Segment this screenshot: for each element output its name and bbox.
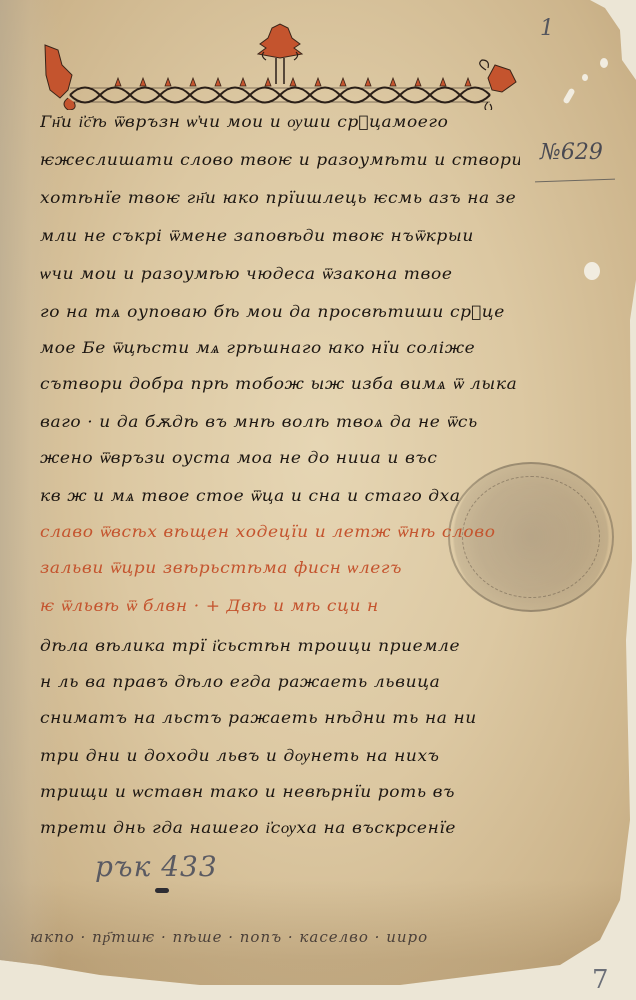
text-line: Гн҃и і҆с҃ѣ ѿвръзн ѡ҆чи мои и ѹши срⷣцамо… [40,113,520,132]
text-line: н ль ва правъ дѣло егда ражаеть львица [40,673,520,692]
folio-number: 1 [540,16,554,41]
text-line: мое Бе ѿцѣсти мѧ грѣшнаго ꙗко нїи соліже [40,339,520,358]
parchment-hole [582,74,588,81]
rubric-line: ѥ ѿльвѣ ѿ блвн · + Двѣ и мѣ сци н [40,597,520,616]
text-line: жено ѿвръзи оуста моа не до нииа и въс [40,449,520,468]
parchment-hole [584,262,600,280]
parchment-hole [600,58,608,68]
bottom-marginal-note: ꙗкпо · пр҃тшѥ · пѣше · попъ · каселво · … [30,928,428,947]
shelfmark-number: №629 [540,140,603,165]
text-line: го на тѧ оуповаю бѣ мои да просвѣтиши ср… [40,303,520,322]
rubric-line: славо ѿвсѣх вѣщен ходецїи и летж ѿнѣ сло… [40,523,520,542]
text-line: дѣла вѣлика трї і҆сьстѣн троици приемле [40,637,520,656]
left-terminal-flower-icon [45,45,75,110]
text-line: ѡчи мои и разоумѣю чюдеса ѿзакона твое [40,265,520,284]
text-line: сниматъ на льстъ ражаеть нѣдни ть на ни [40,709,520,728]
text-line: трищи и ѡставн тако и невѣрнїи роть въ [40,783,520,802]
corner-pencil-mark: 7 [592,965,609,995]
braid-band-icon [70,88,490,103]
text-line: кв ж и мѧ твое стое ѿца и сна и стаго дх… [40,487,520,506]
rubric-line: зальви ѿцри звѣрьстѣма фисн ѡлегъ [40,559,520,578]
text-line: трети днь гда нашего і҆сѹха на въскрсенї… [40,819,520,838]
central-flower-icon [258,24,302,84]
ornamental-headpiece [40,20,520,110]
text-line: ваго · и да бѫдѣ въ мнѣ волѣ твоѧ да не … [40,413,520,432]
red-thorn-icon [115,78,471,86]
pencil-accession-note: рък 433 [95,850,218,883]
text-line: сътвори добра прѣ тобож ыж изба вимѧ ѿ л… [40,375,520,394]
text-line: ѥжеслишати слово твоѥ и разоумѣти и ство… [40,151,520,170]
pencil-mark [155,888,169,893]
text-line: мли не съкрі ѿмене заповѣди твоѥ нъѿкрыи [40,227,520,246]
text-line: три дни и доходи львъ и дѹнеть на нихъ [40,747,520,766]
text-line: хотѣнїе твоѥ гн҃и ꙗко прїишлець ѥсмь азъ… [40,189,520,208]
